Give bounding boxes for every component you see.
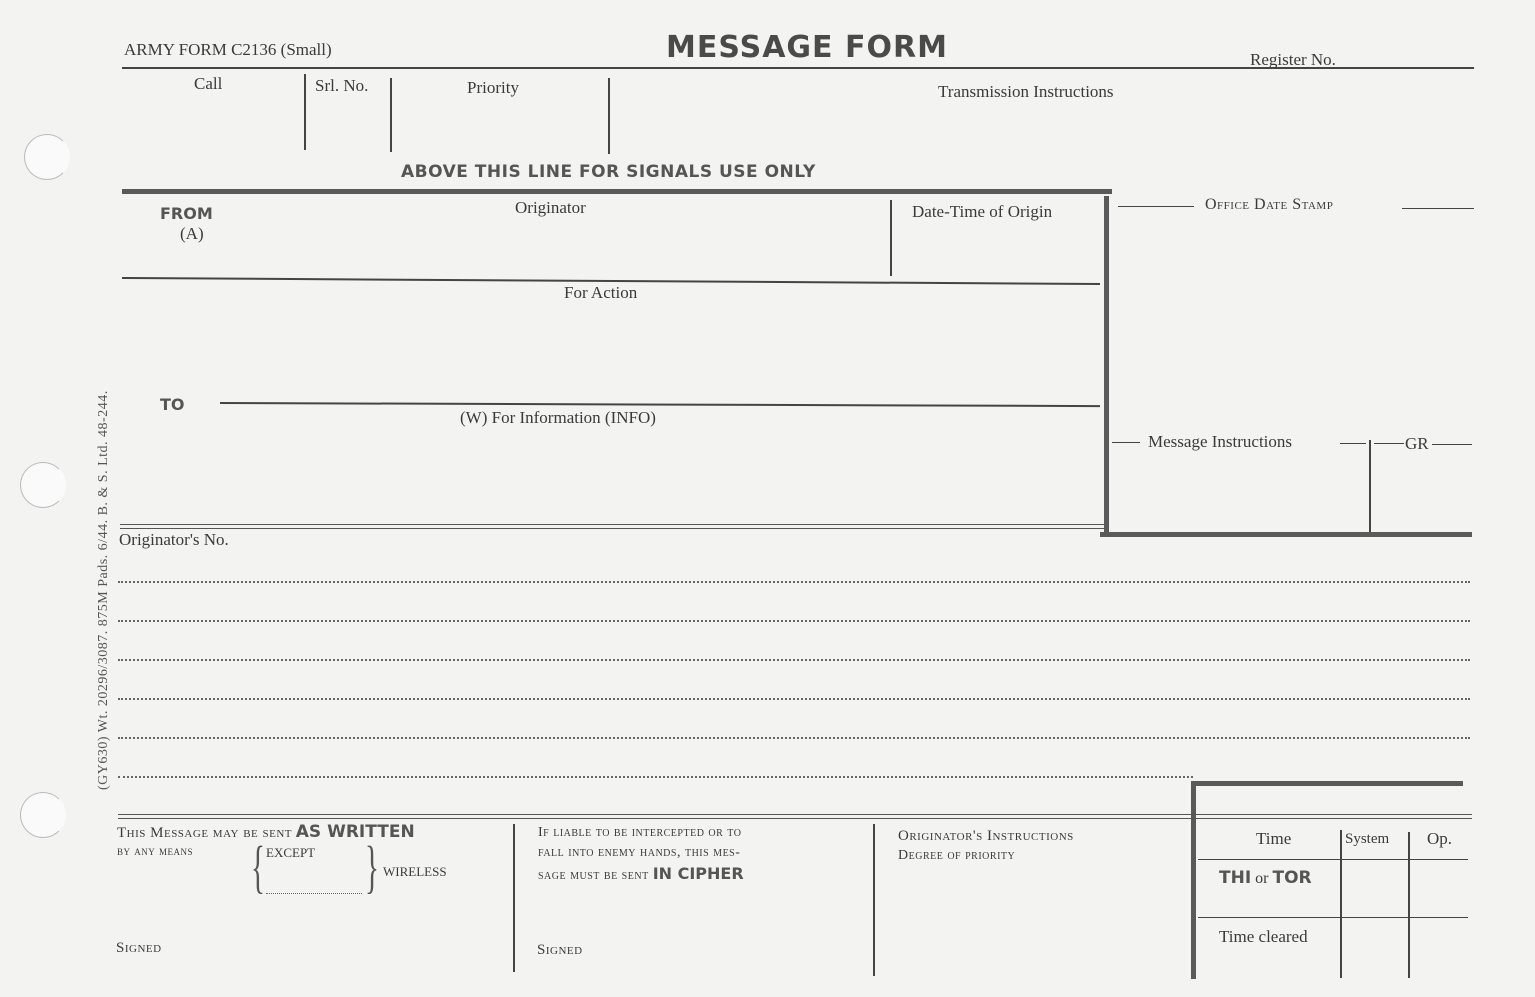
punch-hole-bottom xyxy=(20,792,66,838)
as-written-prefix: This Message may be sent xyxy=(117,825,292,841)
originators-instructions-label: Originator's Instructions xyxy=(898,828,1074,845)
time-table-rule-2 xyxy=(1198,917,1468,918)
priority-input[interactable] xyxy=(396,102,606,144)
time-cleared-system-input[interactable] xyxy=(1344,922,1410,974)
date-time-of-origin-input[interactable] xyxy=(898,228,1098,270)
op-col-header: Op. xyxy=(1427,829,1452,849)
except-input[interactable] xyxy=(266,868,366,892)
thi-bold: THI xyxy=(1219,868,1251,888)
originator-input[interactable] xyxy=(230,224,884,270)
cipher-text-3-row: sage must be sent IN CIPHER xyxy=(538,864,744,884)
signed-mid-input[interactable] xyxy=(606,938,870,966)
gr-dash-right xyxy=(1432,444,1472,445)
priority-label: Priority xyxy=(467,78,519,98)
degree-of-priority-input[interactable] xyxy=(898,876,1186,968)
punch-hole-middle xyxy=(20,462,66,508)
signed-left-label: Signed xyxy=(116,940,162,957)
message-text-line-4[interactable] xyxy=(120,673,1472,699)
divider-dto xyxy=(890,200,892,276)
signed-left-input[interactable] xyxy=(186,936,510,964)
footer-divider-1 xyxy=(513,824,515,972)
as-written-bold: AS WRITTEN xyxy=(296,822,415,842)
divider-serial xyxy=(390,78,392,152)
transmission-instructions-input[interactable] xyxy=(616,106,1470,148)
office-date-stamp-label: Office Date Stamp xyxy=(1205,196,1333,214)
thi-or: or xyxy=(1251,870,1272,887)
thi-tor-system-input[interactable] xyxy=(1344,864,1410,916)
left-brace: { xyxy=(251,838,265,896)
time-box-left-border xyxy=(1191,781,1196,979)
from-label: FROM xyxy=(160,204,213,223)
time-table-rule-1 xyxy=(1198,859,1468,860)
gr-divider xyxy=(1369,440,1371,532)
message-instructions-label: Message Instructions xyxy=(1148,432,1292,452)
system-col-header: System xyxy=(1345,831,1389,848)
date-time-of-origin-label: Date-Time of Origin xyxy=(912,202,1052,222)
msg-instr-dash-right xyxy=(1340,443,1366,444)
to-label: TO xyxy=(160,395,185,414)
cipher-text-2: fall into enemy hands, this mes- xyxy=(538,845,740,861)
message-text-line-3[interactable] xyxy=(120,634,1472,660)
wireless-label: WIRELESS xyxy=(383,864,447,880)
message-text-line-1[interactable] xyxy=(120,556,1472,582)
time-box-top-border xyxy=(1192,781,1463,786)
for-information-label: (W) For Information (INFO) xyxy=(460,408,656,428)
in-cipher-bold: IN CIPHER xyxy=(653,864,744,883)
thi-tor-label: THI or TOR xyxy=(1219,868,1312,888)
serial-no-input[interactable] xyxy=(310,100,390,142)
for-action-label: For Action xyxy=(564,283,637,303)
originator-label: Originator xyxy=(515,198,586,218)
serial-no-label: Srl. No. xyxy=(315,76,368,96)
signals-use-only-note: ABOVE THIS LINE FOR SIGNALS USE ONLY xyxy=(401,162,816,182)
for-action-input[interactable] xyxy=(230,320,1094,382)
right-panel-bottom-border xyxy=(1100,532,1472,537)
footer-top-rule xyxy=(118,814,1472,819)
call-label: Call xyxy=(194,74,222,94)
gr-dash-left xyxy=(1374,443,1404,444)
thi-tor-op-input[interactable] xyxy=(1412,864,1472,916)
gr-label: GR xyxy=(1405,434,1429,454)
call-input[interactable] xyxy=(128,100,302,142)
message-text-line-5[interactable] xyxy=(120,712,1472,738)
main-box-bottom-rule xyxy=(120,524,1104,529)
cipher-text-3: sage must be sent xyxy=(538,868,649,883)
divider-call xyxy=(304,74,306,150)
cipher-text-1: If liable to be intercepted or to xyxy=(538,825,741,841)
any-means-label: by any means xyxy=(117,843,193,859)
office-date-stamp-area[interactable] xyxy=(1115,222,1471,422)
time-system-divider xyxy=(1340,830,1342,978)
main-box-top-border xyxy=(122,189,1112,194)
for-information-input[interactable] xyxy=(230,440,1094,512)
page-title: MESSAGE FORM xyxy=(666,30,948,65)
to-rule xyxy=(220,402,1100,407)
message-instructions-input[interactable] xyxy=(1114,462,1368,524)
tor-bold: TOR xyxy=(1272,868,1311,888)
time-col-header: Time xyxy=(1256,829,1291,849)
time-cleared-label: Time cleared xyxy=(1219,927,1308,947)
signed-mid-label: Signed xyxy=(537,942,583,959)
office-stamp-dash-left xyxy=(1118,206,1194,207)
degree-of-priority-label: Degree of priority xyxy=(898,848,1015,864)
originators-no-label: Originator's No. xyxy=(119,530,229,550)
divider-priority xyxy=(608,78,610,154)
gr-input[interactable] xyxy=(1374,462,1472,524)
message-text-line-2[interactable] xyxy=(120,595,1472,621)
header-rule xyxy=(122,67,1474,69)
msg-instr-dash-left xyxy=(1112,442,1140,443)
message-text-line-6[interactable] xyxy=(120,751,1194,777)
except-label: EXCEPT xyxy=(266,845,315,861)
form-id: ARMY FORM C2136 (Small) xyxy=(124,40,332,60)
footer-divider-2 xyxy=(873,824,875,976)
from-sub-label: (A) xyxy=(180,224,204,244)
except-dotline xyxy=(266,893,362,894)
main-box-right-border xyxy=(1104,196,1109,536)
transmission-instructions-label: Transmission Instructions xyxy=(938,82,1114,102)
right-brace: } xyxy=(365,838,379,896)
printer-imprint: (GY630) Wt. 20296/3087. 875M Pads. 6/44.… xyxy=(96,390,112,790)
punch-hole-top xyxy=(24,134,70,180)
time-cleared-op-input[interactable] xyxy=(1412,922,1472,974)
office-stamp-dash-right xyxy=(1402,208,1474,209)
originators-no-input[interactable] xyxy=(268,530,1092,554)
